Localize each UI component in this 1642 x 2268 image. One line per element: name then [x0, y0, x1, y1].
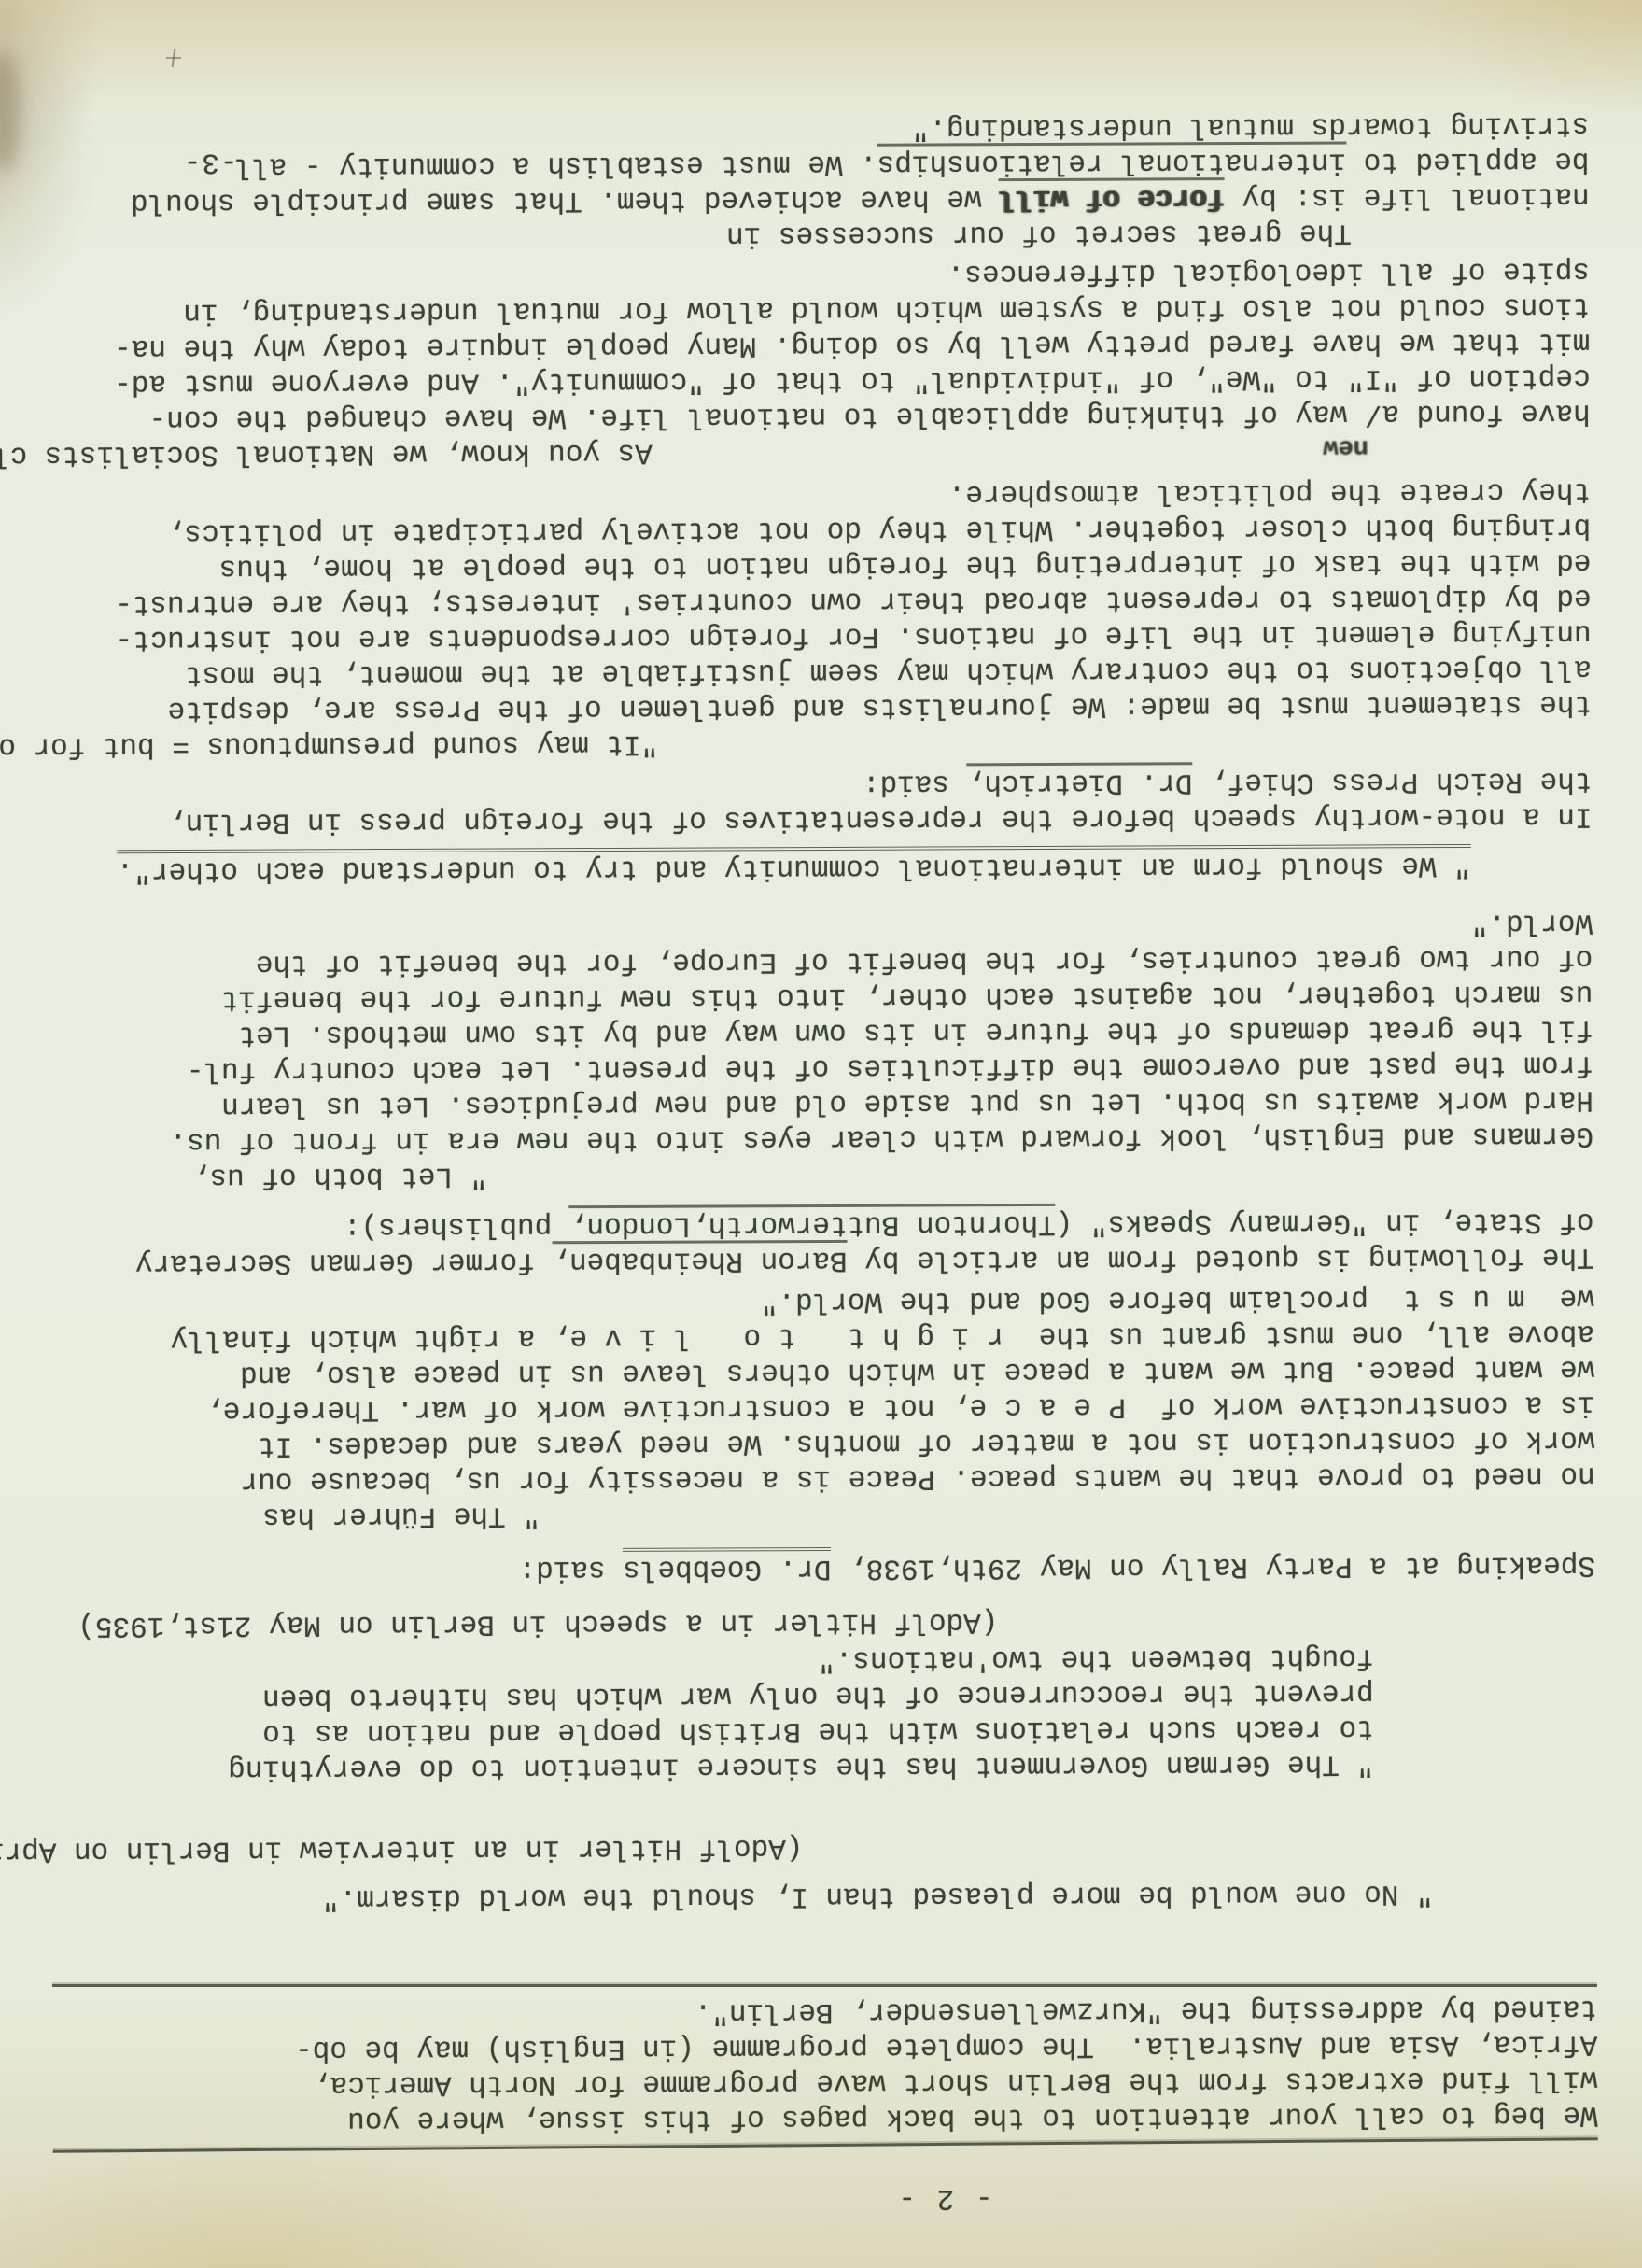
paragraph-line: tions could not also find a system which… — [45, 288, 1590, 330]
notice-line: tained by addressing the "Kurzwellensend… — [52, 1990, 1597, 2032]
quote-line: fought between the two'nations." — [50, 1639, 1373, 1680]
dietrich-quote-paragraph: "It may sound presumptuous = but for onc… — [46, 472, 1592, 763]
paragraph-line: spite of all ideological differences. — [45, 252, 1590, 294]
intro-text: publishers): — [344, 1209, 569, 1243]
line-text: have found a/ — [1365, 396, 1591, 430]
intro-line: In a note-worthy speech before the repre… — [47, 797, 1592, 839]
paragraph-line-with-insertion: have found a/new way of thinking applica… — [46, 394, 1591, 436]
page-number: - 2 - — [291, 2176, 1598, 2218]
quote-line: us march together, not against each othe… — [48, 975, 1593, 1017]
paragraph-line: ception of "I" to "We", of "individual" … — [45, 359, 1590, 401]
intro-text: the Reich Press Chief, — [1192, 764, 1592, 798]
quote-line: of our two great countries, for the bene… — [48, 939, 1593, 981]
intro-text: The following is quoted from an article … — [848, 1240, 1594, 1275]
quote-line: no need to prove that he wants peace. Pe… — [50, 1457, 1595, 1499]
quote-line: ed with the task of interpreting the for… — [46, 543, 1591, 585]
quote-line: we want peace. But we want a peace in wh… — [49, 1350, 1594, 1392]
international-relationships-underlined: international relationships — [877, 142, 1346, 180]
quote-line: ed by diplomats to represent abroad thei… — [46, 579, 1591, 621]
national-socialists-paragraph: As you know, we National Socialists clai… — [45, 252, 1591, 472]
speech-attribution: (Adolf Hitler in a speech in Berlin on M… — [50, 1600, 1595, 1642]
inserted-word: new — [1323, 429, 1368, 464]
line-text: be applied to — [1346, 144, 1590, 177]
quote-line: is a constructive work of P e a c e, not… — [49, 1386, 1594, 1428]
pencil-cross-mark — [166, 49, 181, 67]
goebbels-name-underlined: Dr. Goebbels — [623, 1547, 831, 1585]
quote-line: fil the great demands of the future in i… — [48, 1010, 1593, 1052]
quote-line: we m u s t proclaim before God and the W… — [49, 1279, 1594, 1321]
publisher-underlined: Thornton Butterworth,London, — [569, 1204, 1056, 1242]
paragraph-line: striving towards mutual understanding." — [44, 106, 1589, 148]
broadcast-notice-paragraph: We beg to call your attention to the bac… — [52, 1990, 1598, 2138]
scanned-document-page: - 2 - We beg to call your attention to t… — [0, 0, 1642, 2268]
line-text: . We must establish a community - all — [234, 148, 877, 183]
quote-line: Hard work awaits us both. Let us put asi… — [49, 1081, 1593, 1123]
line-text: we have achieved them. That same princip… — [131, 182, 999, 218]
next-page-catchword: -3- — [183, 144, 238, 179]
quote-line: Germans and English, look forward with c… — [49, 1117, 1593, 1159]
german-government-quote: " The German Government has the sincere … — [50, 1638, 1596, 1786]
quote-line: all objections to the contrary which may… — [47, 650, 1592, 692]
quote-first-line: "It may sound presumptuous = but for onc… — [47, 721, 1592, 763]
force-of-will-underlined: force of will — [999, 177, 1225, 215]
quote-line: they create the political atmosphere. — [46, 472, 1591, 514]
horizontal-rule-bottom — [52, 1984, 1597, 1987]
community-slogan-underlined: " We should form an international commun… — [48, 846, 1593, 888]
dietrich-name-underlined: Dr. Dietrich, — [967, 762, 1193, 799]
disarm-attribution: (Adolf Hitler in an interview in Berlin … — [51, 1825, 1596, 1867]
dietrich-intro-paragraph: In a note-worthy speech before the repre… — [47, 762, 1592, 839]
quote-line: to reach such relations with the British… — [51, 1710, 1374, 1751]
intro-text: said: — [863, 767, 967, 799]
intro-text: Speaking at a Party Rally on May 29th,19… — [831, 1548, 1595, 1585]
paragraph-first-line: The great secret of our successes in — [45, 213, 1590, 255]
rheinbaben-quote-paragraph: " Let both of us, Germans and English, l… — [48, 904, 1593, 1194]
paragraph-line: be applied to international relationship… — [44, 142, 1589, 184]
notice-line: We beg to call your attention to the bac… — [53, 2096, 1598, 2138]
great-secret-paragraph: The great secret of our successes in nat… — [44, 106, 1590, 255]
intro-text: said: — [519, 1553, 624, 1585]
quote-line: the statement must be made: We journalis… — [47, 685, 1592, 727]
line-text: way of thinking applicable to national l… — [149, 397, 1365, 435]
rheinbaben-intro-paragraph: The following is quoted from an article … — [49, 1203, 1593, 1280]
slogan-text: " We should form an international commun… — [117, 844, 1471, 887]
notice-line: Africa, Asia and Australia. The complete… — [52, 2025, 1597, 2067]
quote-first-line: " The Führer has — [50, 1492, 1595, 1534]
quote-line: bringing both closer together. While the… — [46, 508, 1591, 550]
quote-line: unifying element in the life of nations.… — [47, 614, 1592, 656]
intro-line: the Reich Press Chief, Dr. Dietrich, sai… — [47, 762, 1592, 804]
quote-line: work of construction is not a matter of … — [49, 1421, 1594, 1463]
paragraph-line: national life is: by force of will we ha… — [45, 177, 1590, 219]
upside-down-scan-rotation: - 2 - We beg to call your attention to t… — [0, 0, 1642, 2268]
quote-line: from the past and overcome the difficult… — [49, 1046, 1593, 1088]
paragraph-line: mit that we have fared pretty well by so… — [45, 323, 1590, 365]
intro-line: The following is quoted from an article … — [49, 1238, 1594, 1280]
intro-line: of State, in "Germany Speaks" (Thornton … — [49, 1203, 1593, 1245]
goebbels-quote-paragraph: " The Führer has no need to prove that h… — [49, 1279, 1595, 1534]
goebbels-intro-line: Speaking at a Party Rally on May 29th,19… — [50, 1546, 1595, 1588]
quote-line: " The German Government has the sincere … — [51, 1745, 1374, 1786]
quote-line: above all, one must grant us the r i g h… — [49, 1315, 1594, 1357]
horizontal-rule-top — [53, 2137, 1598, 2153]
rheinbaben-name-underlined: Baron Rheinbaben, — [552, 1240, 847, 1277]
typewritten-page: - 2 - We beg to call your attention to t… — [0, 0, 1642, 2268]
line-text: national life is: by — [1225, 179, 1590, 214]
quote-line: prevent the reoccurrence of the only war… — [51, 1674, 1374, 1715]
hitler-disarm-quote: " No one would be more pleased than I, s… — [51, 1874, 1596, 1916]
quote-first-line: " Let both of us, — [49, 1152, 1593, 1194]
intro-text: of State, in "Germany Speaks" ( — [1056, 1204, 1594, 1240]
intro-text: former German Secretary — [135, 1245, 553, 1279]
notice-line: will find extracts from the Berlin short… — [52, 2061, 1597, 2103]
